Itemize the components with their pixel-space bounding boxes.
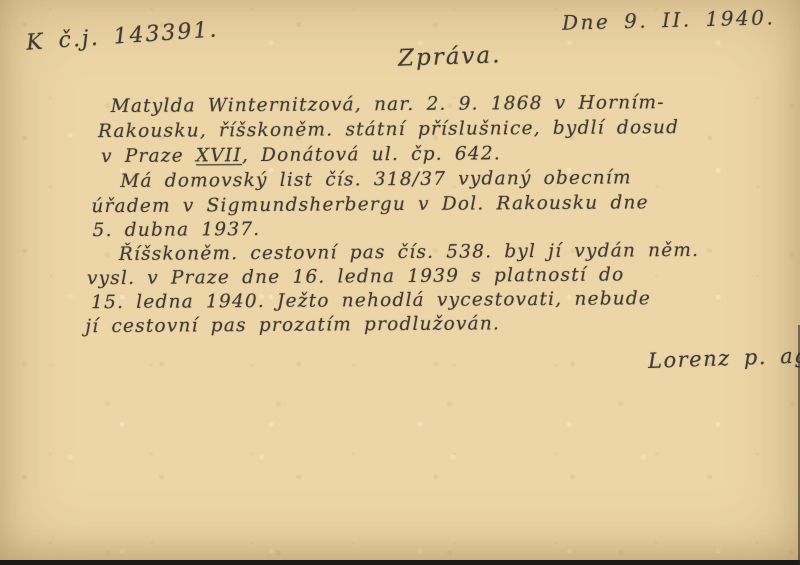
body-line: Má domovský list čís. 318/37 vydaný obec… [120, 167, 632, 195]
document-body: Matylda Winternitzová, nar. 2. 9. 1868 v… [0, 0, 800, 565]
district-roman-numeral: XVII [196, 145, 242, 166]
body-line: Rakousku, říšskoněm. státní příslušnice,… [98, 117, 679, 145]
body-line-text: , Donátová ul. čp. 642. [242, 143, 501, 166]
body-line: 5. dubna 1937. [93, 219, 261, 244]
body-line: úřadem v Sigmundsherbergu v Dol. Rakousk… [91, 192, 648, 220]
body-line: v Praze XVII, Donátová ul. čp. 642. [101, 143, 501, 170]
body-line: Matylda Winternitzová, nar. 2. 9. 1868 v… [111, 92, 665, 120]
body-line: 15. ledna 1940. Ježto nehodlá vycestovat… [91, 288, 651, 316]
body-line: jí cestovní pas prozatím prodlužován. [85, 313, 500, 340]
body-line-text: v Praze [101, 145, 196, 167]
scanned-document-page: K č.j. 143391. Dne 9. II. 1940. Zpráva. … [0, 0, 800, 565]
scan-edge-bottom [0, 560, 800, 565]
